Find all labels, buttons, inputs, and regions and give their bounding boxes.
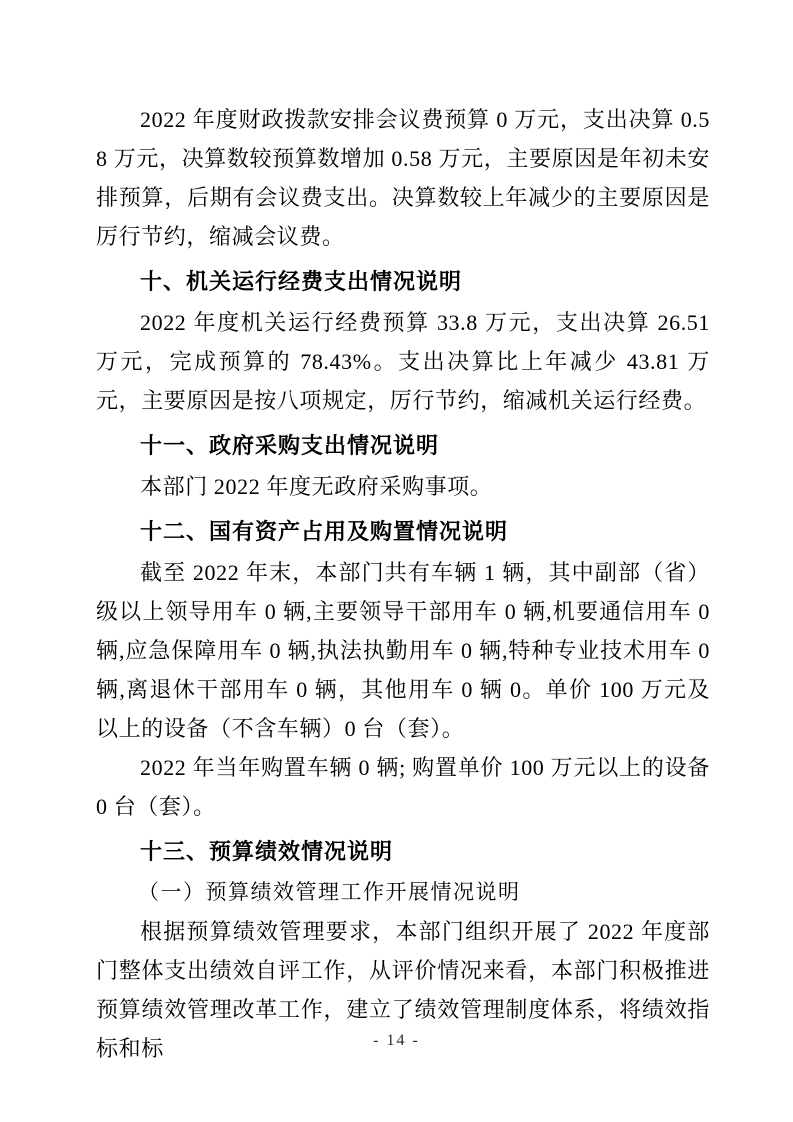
section-heading-11-government-procurement: 十一、政府采购支出情况说明 bbox=[96, 426, 710, 465]
paragraph-vehicles-inventory: 截至 2022 年末，本部门共有车辆 1 辆，其中副部（省）级以上领导用车 0 … bbox=[96, 553, 710, 748]
document-page: 2022 年度财政拨款安排会议费预算 0 万元，支出决算 0.58 万元，决算数… bbox=[0, 0, 793, 1122]
paragraph-vehicles-purchased: 2022 年当年购置车辆 0 辆; 购置单价 100 万元以上的设备 0 台（套… bbox=[96, 748, 710, 826]
paragraph-operating-expenses: 2022 年度机关运行经费预算 33.8 万元，支出决算 26.51 万元，完成… bbox=[96, 303, 710, 420]
paragraph-government-procurement: 本部门 2022 年度无政府采购事项。 bbox=[96, 467, 710, 506]
subsection-heading-performance-management: （一）预算绩效管理工作开展情况说明 bbox=[96, 873, 710, 912]
section-heading-13-budget-performance: 十三、预算绩效情况说明 bbox=[96, 832, 710, 871]
section-heading-10-operating-expenses: 十、机关运行经费支出情况说明 bbox=[96, 262, 710, 301]
page-number: - 14 - bbox=[0, 1032, 793, 1050]
section-heading-12-state-assets: 十二、国有资产占用及购置情况说明 bbox=[96, 512, 710, 551]
document-body: 2022 年度财政拨款安排会议费预算 0 万元，支出决算 0.58 万元，决算数… bbox=[0, 0, 793, 1068]
paragraph-conference-fee: 2022 年度财政拨款安排会议费预算 0 万元，支出决算 0.58 万元，决算数… bbox=[96, 100, 710, 256]
